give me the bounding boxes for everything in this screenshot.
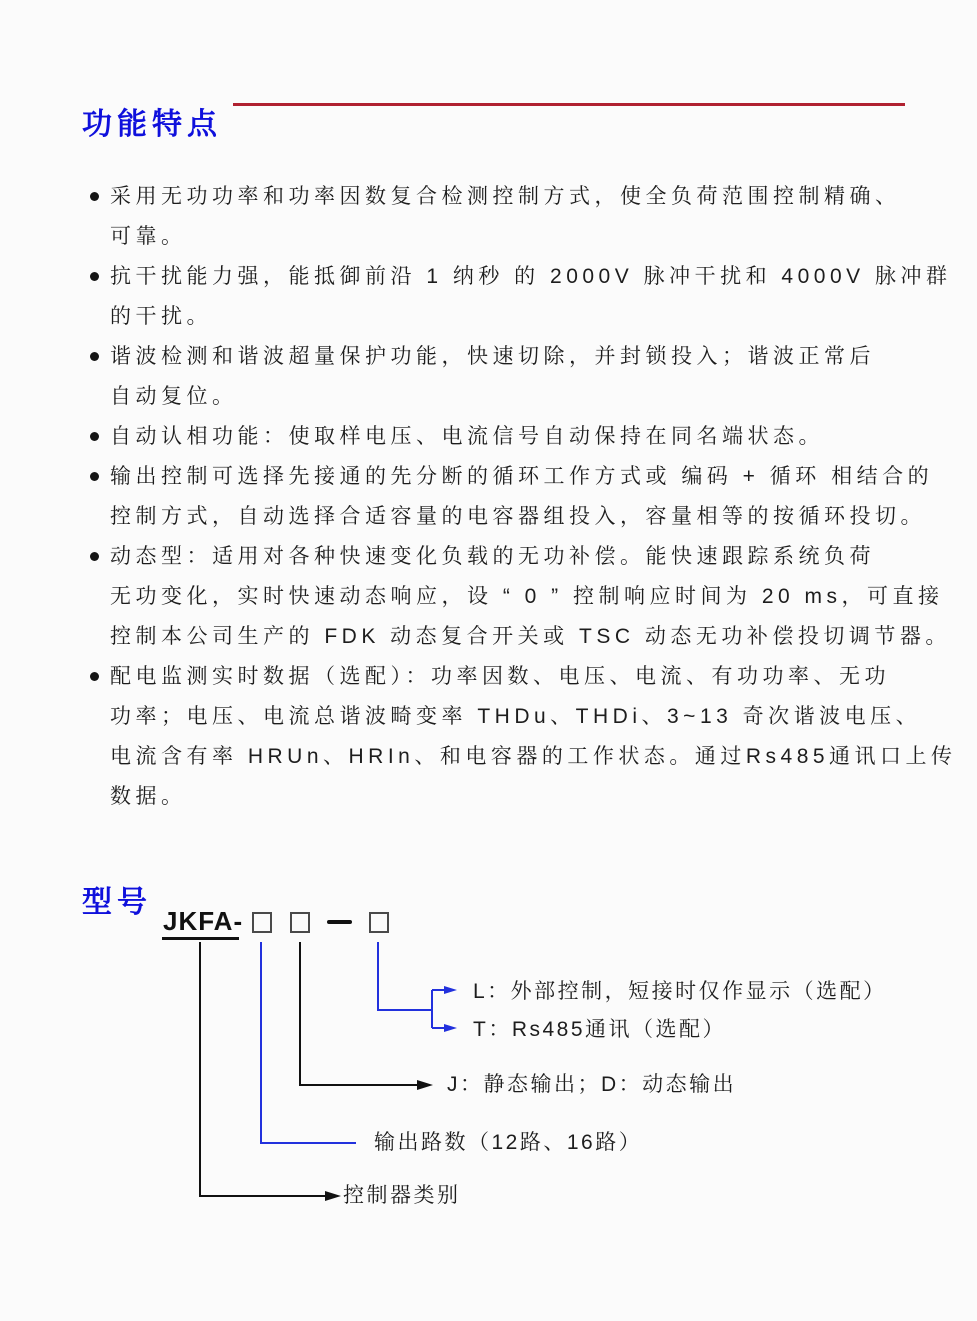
- connector-line-output-type: [300, 942, 418, 1085]
- model-code-diagram: JKFA- L：外部控制，短接时仅作显示（选配） T：Rs485通讯（选配） J…: [0, 0, 977, 1321]
- diagram-connector-lines: [0, 0, 977, 1321]
- label-option-t: T：Rs485通讯（选配）: [473, 1013, 726, 1047]
- connector-line-options: [378, 942, 432, 1010]
- arrow-right-icon: [325, 1191, 341, 1201]
- label-option-l: L：外部控制，短接时仅作显示（选配）: [473, 975, 887, 1009]
- label-controller-class: 控制器类别: [343, 1179, 461, 1213]
- label-output-type: J：静态输出；D：动态输出: [447, 1068, 736, 1102]
- arrow-right-icon: [417, 1080, 433, 1090]
- label-output-count: 输出路数（12路、16路）: [374, 1126, 642, 1160]
- connector-line-output-count: [261, 942, 356, 1143]
- arrow-right-icon: [444, 986, 457, 994]
- datasheet-page: 功能特点 采用无功功率和功率因数复合检测控制方式，使全负荷范围控制精确、可靠。抗…: [0, 0, 977, 1321]
- arrow-right-icon: [444, 1024, 457, 1032]
- connector-line-controller-class: [200, 942, 326, 1196]
